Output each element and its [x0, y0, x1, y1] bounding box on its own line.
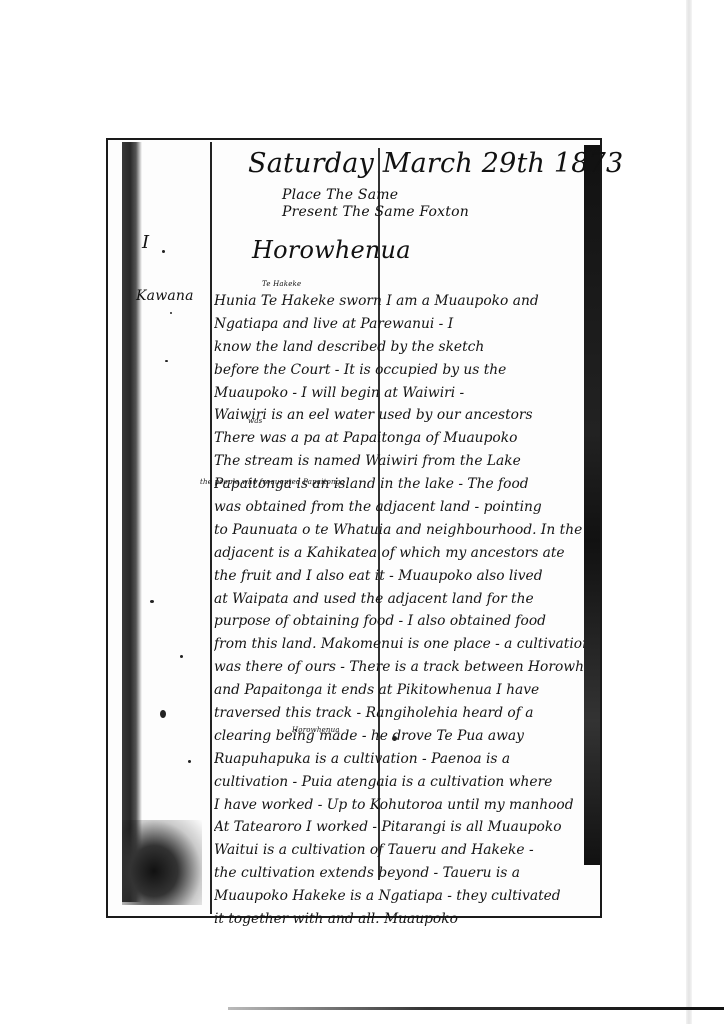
body-line: the cultivation extends beyond - Taueru … — [214, 862, 584, 885]
ink-speck — [150, 600, 154, 603]
body-line: know the land described by the sketch — [214, 336, 584, 359]
body-line: clearing being made - he drove Te Pua aw… — [214, 725, 584, 748]
testimony-body: Hunia Te Hakeke sworn I am a Muaupoko an… — [214, 290, 584, 931]
body-line: Papaitonga is an island in the lake - Th… — [214, 473, 584, 496]
ink-speck — [165, 360, 168, 362]
ink-speck — [392, 736, 397, 741]
body-line: Muaupoko Hakeke is a Ngatiapa - they cul… — [214, 885, 584, 908]
scan-edge-right — [686, 0, 692, 1024]
body-line: at Waipata and used the adjacent land fo… — [214, 588, 584, 611]
ink-speck — [162, 250, 165, 253]
body-line: Waitui is a cultivation of Taueru and Ha… — [214, 839, 584, 862]
body-line: was there of ours - There is a track bet… — [214, 656, 584, 679]
body-line: I have worked - Up to Kohutoroa until my… — [214, 794, 584, 817]
body-line: At Tatearoro I worked - Pitarangi is all… — [214, 816, 584, 839]
ink-speck — [180, 655, 183, 658]
body-line: and Papaitonga it ends at Pikitowhenua I… — [214, 679, 584, 702]
ink-speck — [188, 760, 191, 763]
body-line: Hunia Te Hakeke sworn I am a Muaupoko an… — [214, 290, 584, 313]
date-heading: Saturday March 29th 1873 — [248, 148, 623, 179]
block-title: Horowhenua — [252, 236, 411, 264]
margin-rule-line — [210, 142, 212, 914]
interlinear-note-te-hakeke: Te Hakeke — [262, 280, 301, 288]
binding-shadow — [122, 142, 142, 902]
body-line: was obtained from the adjacent land - po… — [214, 496, 584, 519]
body-line: it together with and all. Muaupoko — [214, 908, 584, 931]
body-line: The stream is named Waiwiri from the Lak… — [214, 450, 584, 473]
body-line: Ruapuhapuka is a cultivation - Paenoa is… — [214, 748, 584, 771]
margin-witness-name: Kawana — [136, 288, 194, 304]
present-line: Present The Same Foxton — [282, 204, 469, 220]
body-line: Muaupoko - I will begin at Waiwiri - — [214, 382, 584, 405]
body-line: There was a pa at Papaitonga of Muaupoko — [214, 427, 584, 450]
place-line: Place The Same — [282, 187, 398, 203]
body-line: Waiwiri is an eel water used by our ance… — [214, 404, 584, 427]
right-edge-shadow — [584, 145, 600, 865]
body-line: adjacent is a Kahikatea of which my ance… — [214, 542, 584, 565]
body-line: from this land. Makomenui is one place -… — [214, 633, 584, 656]
ink-blot — [122, 820, 202, 905]
scan-edge-bottom — [228, 1007, 724, 1010]
body-line: traversed this track - Rangiholehia hear… — [214, 702, 584, 725]
body-line: before the Court - It is occupied by us … — [214, 359, 584, 382]
margin-numeral: I — [142, 232, 149, 253]
body-line: Ngatiapa and live at Parewanui - I — [214, 313, 584, 336]
body-line: the fruit and I also eat it - Muaupoko a… — [214, 565, 584, 588]
ink-speck — [160, 710, 166, 718]
body-line: cultivation - Puia atengaia is a cultiva… — [214, 771, 584, 794]
ink-speck — [170, 312, 172, 314]
body-line: purpose of obtaining food - I also obtai… — [214, 610, 584, 633]
body-line: to Paunuata o te Whatuia and neighbourho… — [214, 519, 584, 542]
